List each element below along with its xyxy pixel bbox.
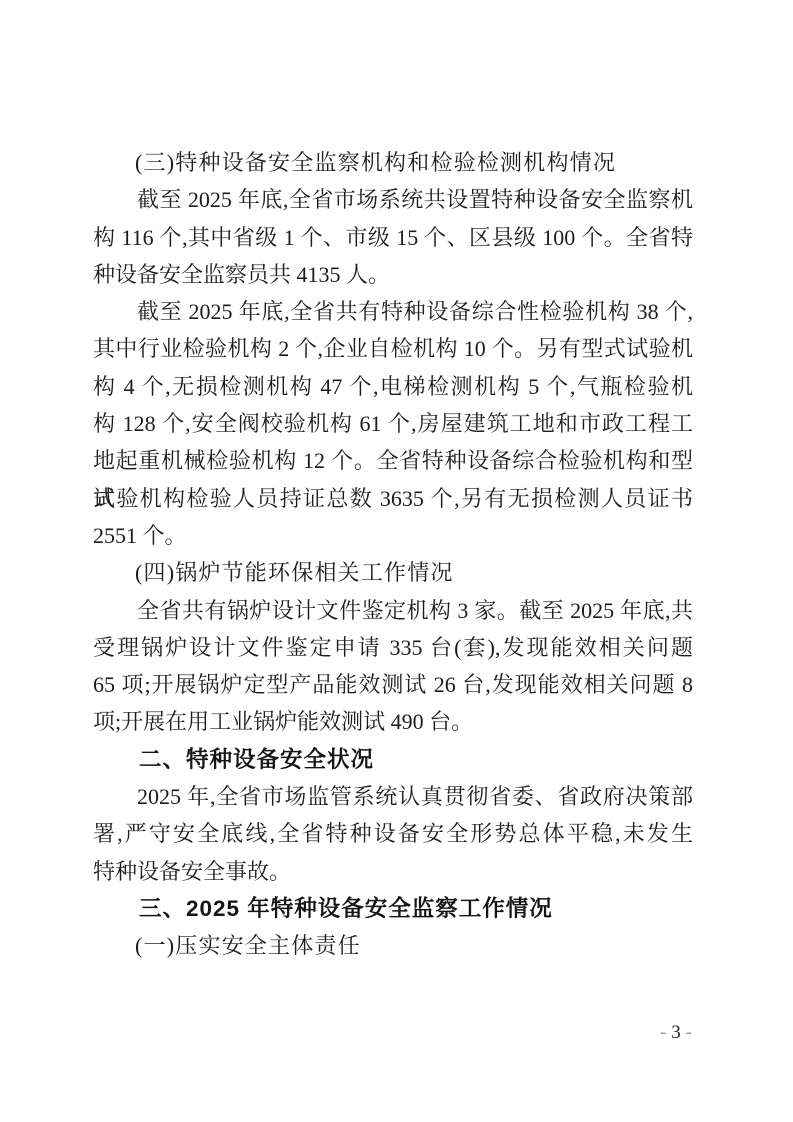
- document-body: (三)特种设备安全监察机构和检验检测机构情况 截至 2025 年底,全省市场系统…: [93, 144, 693, 965]
- paragraph-line: 特种设备安全事故。: [93, 853, 693, 890]
- section-heading-2: 二、特种设备安全状况: [93, 741, 693, 778]
- page-number-value: 3: [671, 1022, 681, 1043]
- subsection-heading-4: (四)锅炉节能环保相关工作情况: [93, 554, 693, 591]
- paragraph-line: 截至 2025 年底,全省市场系统共设置特种设备安全监察机: [93, 181, 693, 218]
- page-number-dash-right: -: [681, 1022, 697, 1043]
- paragraph-line: 65 项;开展锅炉定型产品能效测试 26 台,发现能效相关问题 8: [93, 666, 693, 703]
- paragraph-line: 2025 年,全省市场监管系统认真贯彻省委、省政府决策部: [93, 778, 693, 815]
- paragraph-line: 受理锅炉设计文件鉴定申请 335 台(套),发现能效相关问题: [93, 629, 693, 666]
- paragraph-line: 试验机构检验人员持证总数 3635 个,另有无损检测人员证书: [93, 480, 693, 517]
- paragraph-line: 种设备安全监察员共 4135 人。: [93, 256, 693, 293]
- paragraph-line: 构 128 个,安全阀校验机构 61 个,房屋建筑工地和市政工程工: [93, 405, 693, 442]
- page-number: -3-: [641, 1020, 711, 1046]
- paragraph-line: 截至 2025 年底,全省共有特种设备综合性检验机构 38 个,: [93, 293, 693, 330]
- paragraph-line: 署,严守安全底线,全省特种设备安全形势总体平稳,未发生: [93, 815, 693, 852]
- paragraph-line: 构 4 个,无损检测机构 47 个,电梯检测机构 5 个,气瓶检验机: [93, 368, 693, 405]
- section-heading-3: 三、2025 年特种设备安全监察工作情况: [93, 890, 693, 927]
- paragraph-line: 地起重机械检验机构 12 个。全省特种设备综合检验机构和型式: [93, 442, 693, 479]
- page-number-dash-left: -: [655, 1022, 671, 1043]
- paragraph-line: 全省共有锅炉设计文件鉴定机构 3 家。截至 2025 年底,共: [93, 592, 693, 629]
- subsection-heading-1: (一)压实安全主体责任: [93, 927, 693, 964]
- document-page: (三)特种设备安全监察机构和检验检测机构情况 截至 2025 年底,全省市场系统…: [0, 0, 793, 1122]
- subsection-heading-3: (三)特种设备安全监察机构和检验检测机构情况: [93, 144, 693, 181]
- paragraph-line: 其中行业检验机构 2 个,企业自检机构 10 个。另有型式试验机: [93, 330, 693, 367]
- paragraph-line: 项;开展在用工业锅炉能效测试 490 台。: [93, 703, 693, 740]
- paragraph-line: 构 116 个,其中省级 1 个、市级 15 个、区县级 100 个。全省特: [93, 219, 693, 256]
- paragraph-line: 2551 个。: [93, 517, 693, 554]
